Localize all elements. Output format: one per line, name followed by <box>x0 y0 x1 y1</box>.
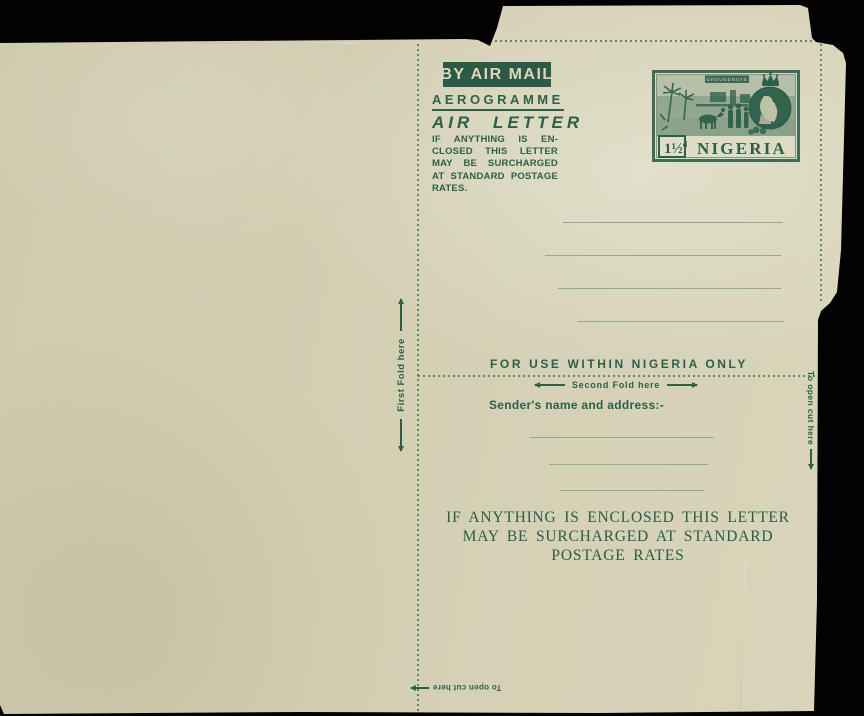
notice-line: IF ANYTHING IS EN- <box>432 134 558 146</box>
right-cut-dotted-line <box>820 44 822 302</box>
second-fold-label: Second Fold here <box>572 380 660 390</box>
aerogramme-label: AEROGRAMME <box>432 92 564 111</box>
left-fold-dotted-line <box>417 44 419 712</box>
second-fold-dotted-line <box>418 375 821 377</box>
sender-name-address-label: Sender's name and address:- <box>489 398 664 412</box>
arrow-right-icon <box>667 384 697 385</box>
enclosure-notice-large: IF ANYTHING IS ENCLOSED THIS LETTER MAY … <box>418 509 818 565</box>
notice-line: POSTAGE RATES <box>418 547 818 566</box>
cut-here-mark-right: To open cut here <box>805 374 817 466</box>
arrow-left-icon <box>400 419 401 451</box>
cut-right-label: To open cut here <box>806 371 816 445</box>
cut-here-mark-bottom: To open cut here <box>413 682 499 694</box>
arrow-right-icon <box>810 449 811 469</box>
scanned-aerogramme-photo: { "colors": { "ink_green": "#2d5f4a", "p… <box>0 0 864 716</box>
sender-line-1 <box>530 437 714 438</box>
enclosure-notice-small: IF ANYTHING IS EN- CLOSED THIS LETTER MA… <box>432 134 558 195</box>
notice-line: IF ANYTHING IS ENCLOSED THIS LETTER <box>418 509 818 528</box>
arrow-left-icon <box>535 384 565 385</box>
notice-line: RATES. <box>432 183 558 195</box>
address-line-1 <box>563 222 783 223</box>
arrow-right-icon <box>411 687 429 688</box>
first-fold-label: First Fold here <box>396 338 407 411</box>
address-line-2 <box>545 255 781 256</box>
groundnuts-label: GROUNDNUTS <box>707 77 748 82</box>
second-fold-mark: Second Fold here <box>548 380 684 390</box>
air-letter-label: AIR LETTER <box>432 113 583 133</box>
notice-line: AT STANDARD POSTAGE <box>432 171 558 183</box>
by-air-mail-banner: BY AIR MAIL <box>443 62 551 87</box>
cut-bottom-label: To open cut here <box>433 684 502 693</box>
paper-crease <box>739 560 746 710</box>
aerogramme-sheet: BY AIR MAIL AEROGRAMME AIR LETTER IF ANY… <box>0 0 864 716</box>
paper-crease <box>200 42 360 44</box>
sender-line-3 <box>560 490 704 491</box>
stamp-country-label: NIGERIA <box>697 139 787 158</box>
notice-line: CLOSED THIS LETTER <box>432 146 558 158</box>
queen-portrait <box>750 88 791 129</box>
notice-line: MAY BE SURCHARGED AT STANDARD <box>418 528 818 547</box>
first-fold-mark: First Fold here <box>394 310 408 440</box>
address-line-3 <box>558 288 781 289</box>
arrow-right-icon <box>400 299 401 331</box>
sender-line-2 <box>549 464 708 465</box>
address-line-4 <box>578 321 784 322</box>
for-use-within-nigeria-label: FOR USE WITHIN NIGERIA ONLY <box>418 357 820 371</box>
imprinted-stamp: GROUNDNUTS 1½d NIGERIA <box>652 70 800 162</box>
top-fold-dotted-line <box>480 40 822 42</box>
by-air-mail-label: BY AIR MAIL <box>440 66 553 84</box>
notice-line: MAY BE SURCHARGED <box>432 158 558 170</box>
